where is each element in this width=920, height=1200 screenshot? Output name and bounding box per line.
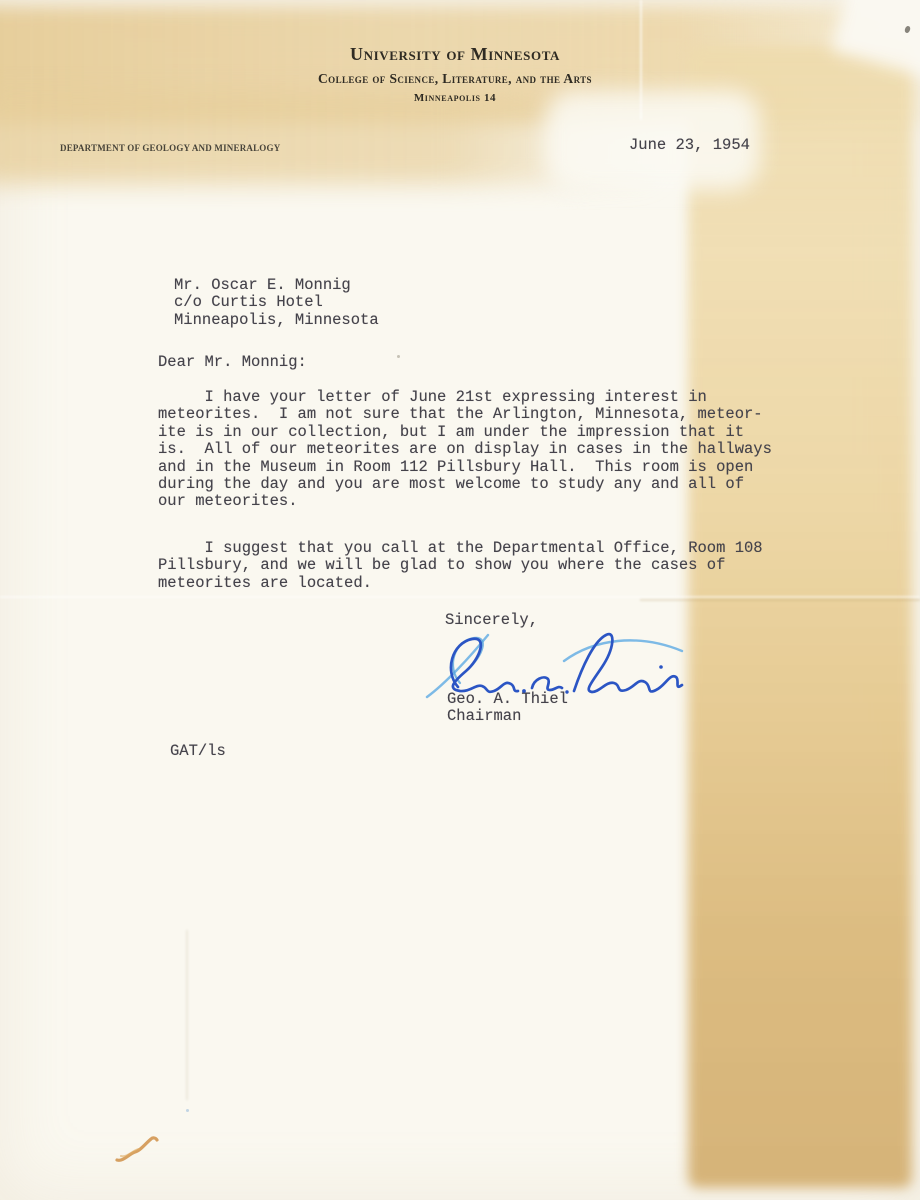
stain-right-band (688, 46, 912, 1188)
letterhead-university-name: University of Minnesota (0, 44, 910, 65)
valediction: Sincerely, (445, 612, 538, 629)
letter-date: June 23, 1954 (629, 137, 750, 154)
body-paragraph-2: I suggest that you call at the Departmen… (158, 540, 763, 592)
horizontal-fold-crease (0, 596, 920, 598)
stain-top-band (0, 6, 920, 124)
signature-handwriting (424, 629, 692, 703)
scanned-letter-page: University of Minnesota College of Scien… (0, 0, 920, 1200)
stain-top-left-band (0, 92, 670, 184)
letterhead-college-name: College of Science, Literature, and the … (0, 71, 910, 87)
signer-title: Chairman (447, 708, 521, 725)
paper-speck (397, 355, 400, 358)
paper-speck (904, 25, 911, 33)
body-paragraph-1: I have your letter of June 21st expressi… (158, 389, 772, 511)
orange-pencil-mark (115, 1136, 159, 1164)
horizontal-fold-crease-shadow (640, 599, 920, 601)
letterhead-city-line: Minneapolis 14 (0, 92, 910, 104)
paper-speck (186, 1109, 189, 1112)
vertical-fold-crease-bottom-left (186, 930, 188, 1100)
salutation: Dear Mr. Monnig: (158, 354, 307, 371)
letterhead-department-line: Department of Geology and Mineralogy (60, 143, 280, 153)
recipient-address-block: Mr. Oscar E. Monnig c/o Curtis Hotel Min… (174, 277, 379, 329)
reference-initials: GAT/ls (170, 743, 226, 760)
